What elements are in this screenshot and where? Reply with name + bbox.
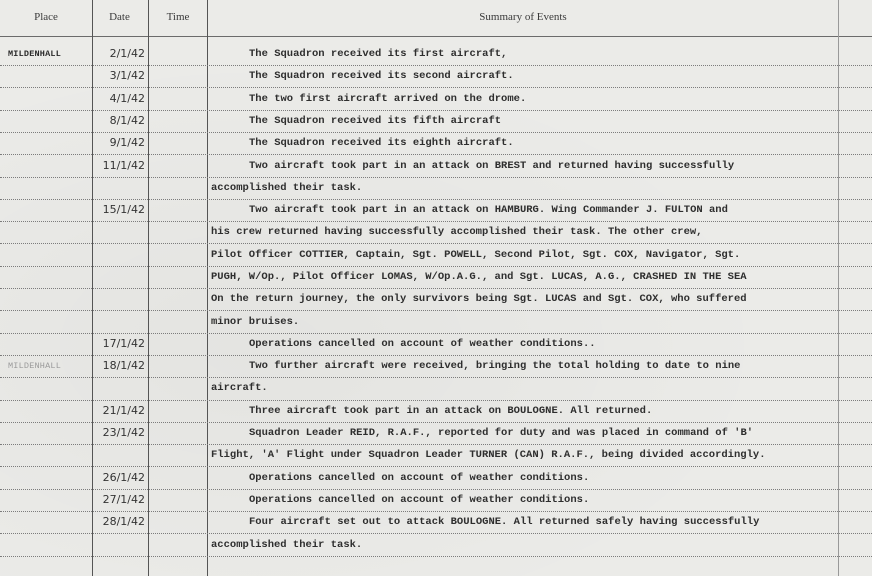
log-entry: 27/1/42Operations cancelled on account o… — [0, 489, 872, 511]
log-entry: 21/1/42Three aircraft took part in an at… — [0, 400, 872, 422]
entry-text-line: The Squadron received its first aircraft… — [249, 43, 507, 65]
ruled-line — [0, 177, 872, 178]
entry-text-line: The Squadron received its fifth aircraft — [249, 110, 501, 132]
entry-text-line: Two aircraft took part in an attack on H… — [249, 199, 728, 221]
ruled-line — [0, 310, 872, 311]
header-summary: Summary of Events — [208, 11, 838, 23]
entry-date: 2/1/42 — [93, 43, 145, 65]
log-entry: 17/1/42Operations cancelled on account o… — [0, 333, 872, 355]
entry-text-line: The Squadron received its eighth aircraf… — [249, 132, 514, 154]
entry-text-line: Operations cancelled on account of weath… — [249, 467, 589, 489]
log-entry: 9/1/42The Squadron received its eighth a… — [0, 132, 872, 154]
entry-text-line: aircraft. — [211, 377, 268, 399]
header-place: Place — [0, 11, 92, 23]
entry-date: 11/1/42 — [93, 155, 145, 177]
operations-record-page: Place Date Time Summary of Events MILDEN… — [0, 0, 872, 576]
entry-text-line: The two first aircraft arrived on the dr… — [249, 88, 526, 110]
log-entry: MILDENHALL18/1/42Two further aircraft we… — [0, 355, 872, 377]
entry-date: 9/1/42 — [93, 132, 145, 154]
log-entry: 8/1/42The Squadron received its fifth ai… — [0, 110, 872, 132]
entry-date: 8/1/42 — [93, 110, 145, 132]
table-header: Place Date Time Summary of Events — [0, 0, 872, 37]
ruled-line — [0, 377, 872, 378]
entry-date: 15/1/42 — [93, 199, 145, 221]
ruled-line — [0, 556, 872, 557]
entry-text-line: Pilot Officer COTTIER, Captain, Sgt. POW… — [211, 244, 740, 266]
entry-text-line: his crew returned having successfully ac… — [211, 221, 702, 243]
entry-text-line: The Squadron received its second aircraf… — [249, 65, 514, 87]
entry-text-line: accomplished their task. — [211, 534, 362, 556]
entry-text-line: On the return journey, the only survivor… — [211, 288, 747, 310]
entry-text-line: Two aircraft took part in an attack on B… — [249, 155, 734, 177]
header-time: Time — [148, 11, 208, 23]
entry-date: 27/1/42 — [93, 489, 145, 511]
log-entry: 3/1/42The Squadron received its second a… — [0, 65, 872, 87]
entry-text-line: Four aircraft set out to attack BOULOGNE… — [249, 511, 759, 533]
entry-date: 21/1/42 — [93, 400, 145, 422]
log-entry: 23/1/42Squadron Leader REID, R.A.F., rep… — [0, 422, 872, 444]
entry-text-line: Operations cancelled on account of weath… — [249, 489, 589, 511]
log-entry: 28/1/42Four aircraft set out to attack B… — [0, 511, 872, 533]
log-entry: 26/1/42Operations cancelled on account o… — [0, 467, 872, 489]
entry-place: MILDENHALL — [8, 43, 92, 65]
entry-text-line: PUGH, W/Op., Pilot Officer LOMAS, W/Op.A… — [211, 266, 747, 288]
entry-text-line: accomplished their task. — [211, 177, 362, 199]
header-date: Date — [92, 11, 147, 23]
entry-place: MILDENHALL — [8, 355, 92, 377]
entry-text-line: Two further aircraft were received, brin… — [249, 355, 740, 377]
entry-date: 4/1/42 — [93, 88, 145, 110]
entry-date: 17/1/42 — [93, 333, 145, 355]
ruled-line — [0, 533, 872, 534]
log-entry: MILDENHALL2/1/42The Squadron received it… — [0, 43, 872, 65]
entry-text-line: Flight, 'A' Flight under Squadron Leader… — [211, 444, 766, 466]
entry-text-line: minor bruises. — [211, 311, 299, 333]
entry-text-line: Three aircraft took part in an attack on… — [249, 400, 652, 422]
entry-date: 3/1/42 — [93, 65, 145, 87]
log-entry: 15/1/42Two aircraft took part in an atta… — [0, 199, 872, 221]
entry-date: 23/1/42 — [93, 422, 145, 444]
entry-text-line: Operations cancelled on account of weath… — [249, 333, 596, 355]
log-entry: 11/1/42Two aircraft took part in an atta… — [0, 155, 872, 177]
entry-date: 18/1/42 — [93, 355, 145, 377]
log-entry: 4/1/42The two first aircraft arrived on … — [0, 88, 872, 110]
entry-text-line: Squadron Leader REID, R.A.F., reported f… — [249, 422, 753, 444]
entry-date: 28/1/42 — [93, 511, 145, 533]
entry-date: 26/1/42 — [93, 467, 145, 489]
